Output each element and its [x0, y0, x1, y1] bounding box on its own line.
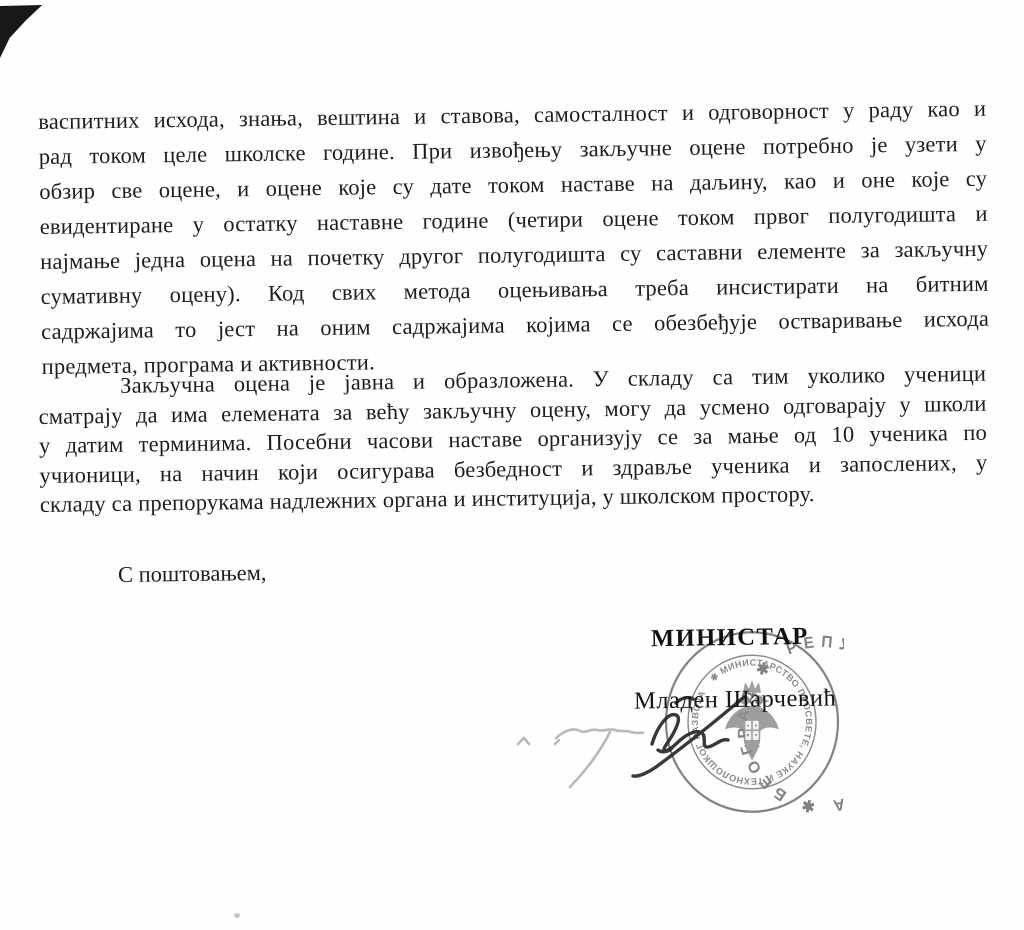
scan-corner-artifact — [0, 5, 44, 58]
minister-title: МИНИСТАР — [651, 623, 809, 653]
scanned-letter-page: васпитних исхода, знања, вештина и ставо… — [0, 0, 1024, 930]
body-paragraph-1: васпитних исхода, знања, вештина и ставо… — [38, 91, 990, 384]
closing-salutation: С поштовањем, — [118, 560, 267, 588]
scan-speck — [234, 913, 240, 918]
body-paragraph-2: Закључна оцена је јавна и образложена. У… — [38, 359, 988, 520]
faint-signature-scribble — [518, 729, 643, 787]
minister-name: Младен Шарчевић — [634, 684, 837, 715]
